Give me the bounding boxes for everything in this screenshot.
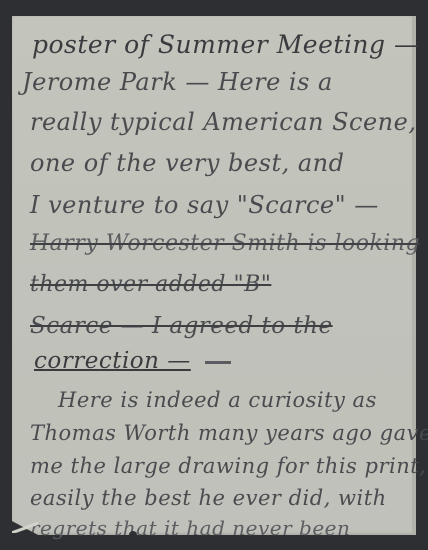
dash-mark [205, 361, 231, 364]
line-text: correction — [34, 348, 191, 374]
line-text: regrets that it had never been [30, 516, 350, 540]
text-line-2: Jerome Park — Here is a [22, 68, 333, 96]
scan-background: poster of Summer Meeting — Jerome Park —… [0, 0, 428, 550]
line-text: I venture to say "Scarce" — [30, 191, 379, 219]
line-text: me the large drawing for this print, [30, 454, 426, 478]
text-line-4: one of the very best, and [30, 149, 344, 177]
corner-fold-highlight [12, 521, 38, 533]
line-text: them over added "B" [30, 272, 271, 297]
text-line-9-struck: correction — [34, 348, 231, 374]
text-line-8-struck: Scarce — I agreed to the [30, 313, 333, 339]
text-line-3: really typical American Scene, [30, 108, 416, 136]
text-line-13: easily the best he ever did, with [30, 486, 387, 510]
text-line-10: Here is indeed a curiosity as [58, 388, 377, 412]
handwritten-page: poster of Summer Meeting — Jerome Park —… [12, 16, 416, 535]
line-text: easily the best he ever did, with [30, 486, 387, 510]
line-text: Harry Worcester Smith is looking [30, 231, 420, 256]
text-line-12: me the large drawing for this print, [30, 454, 426, 478]
line-text: really typical American Scene, [30, 108, 416, 136]
text-line-11: Thomas Worth many years ago gave [30, 421, 428, 445]
line-text: Thomas Worth many years ago gave [30, 421, 428, 445]
line-text: Here is indeed a curiosity as [58, 388, 377, 412]
line-text: one of the very best, and [30, 149, 344, 177]
line-text: poster of Summer Meeting — [32, 30, 420, 59]
text-line-7-struck: them over added "B" [30, 272, 271, 297]
text-line-5: I venture to say "Scarce" — [30, 191, 379, 219]
text-line-6-struck: Harry Worcester Smith is looking [30, 231, 420, 256]
text-line-14: regrets that it had never been [30, 516, 350, 540]
paper-nick [129, 531, 137, 535]
text-line-1: poster of Summer Meeting — [32, 30, 420, 59]
line-text: Jerome Park — Here is a [22, 68, 333, 96]
line-text: Scarce — I agreed to the [30, 313, 333, 339]
